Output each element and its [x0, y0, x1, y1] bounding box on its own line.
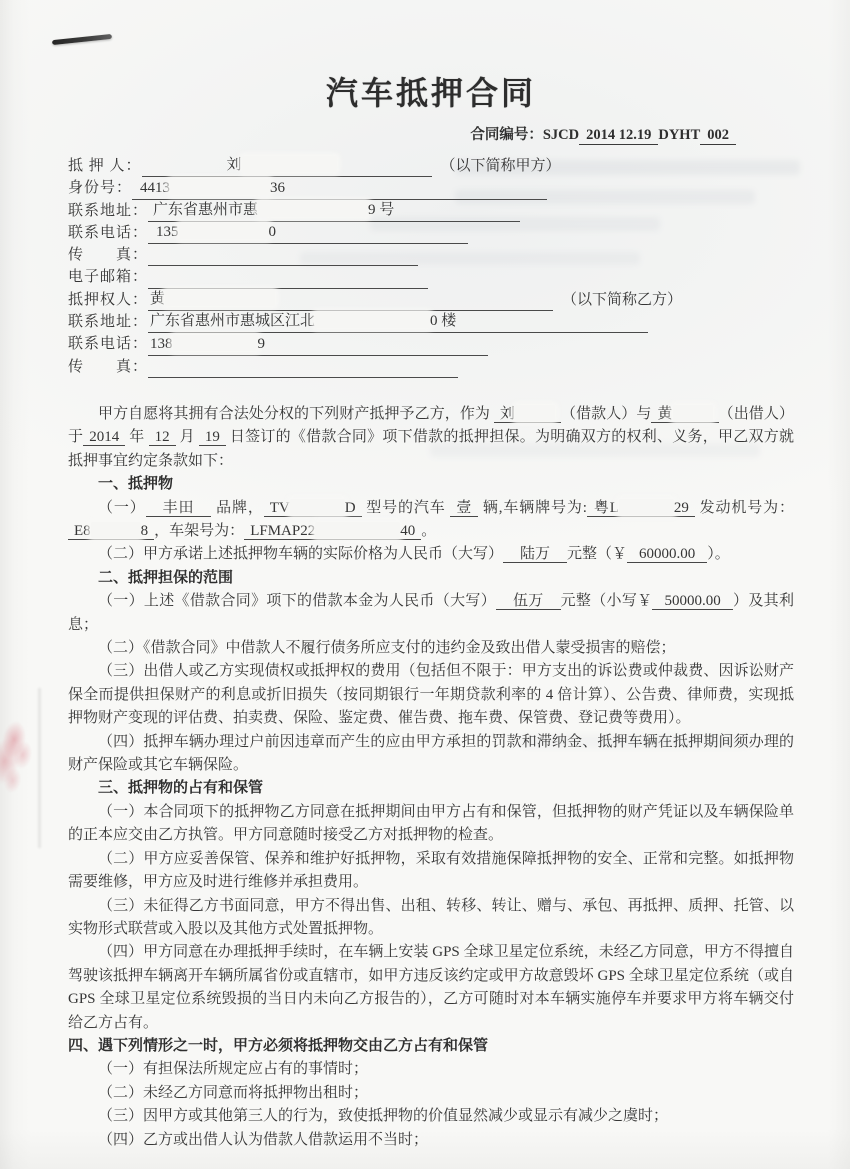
item-text: （一） [98, 500, 146, 516]
lender-name: 黄 [657, 406, 672, 422]
phone1-label: 联系电话： [68, 222, 148, 244]
mortgagee-value: 黄 [148, 291, 165, 307]
phone2-part1: 138 [148, 336, 173, 352]
address2-part1: 广东省惠州市惠城区江北 [148, 313, 315, 329]
document-title: 汽车抵押合同 [68, 72, 794, 114]
sign-month-value: 12 [149, 429, 176, 446]
mortgagor-label: 抵 押 人： [68, 155, 142, 177]
sign-year-value: 2014 [83, 429, 125, 446]
id-number-part1: 4413 [132, 180, 170, 196]
section1-item2: （二）甲方承诺上述抵押物车辆的实际价格为人民币（大写）陆万元整（￥60000.0… [68, 543, 794, 566]
section4-item4: （四）乙方或出借人认为借款人借款运用不当时； [68, 1129, 794, 1152]
redaction-box [673, 405, 713, 421]
item-text: 元整（小写￥ [561, 593, 653, 609]
document-content: 汽车抵押合同 合同编号：SJCD2014 12.19DYHT002 抵 押 人：… [68, 0, 794, 1152]
engine-part1: E8 [74, 523, 91, 539]
intro-text: 年 [129, 429, 144, 445]
form-line-mortgagee: 抵押权人：黄（以下简称乙方） [68, 289, 794, 311]
item-text: （一）上述《借款合同》项下的借款本金为人民币（大写） [98, 593, 496, 609]
redaction-box [515, 405, 555, 421]
item-text: 发动机号为： [700, 500, 794, 516]
vehicle-model-value: TVD [264, 500, 362, 517]
email-label: 电子邮箱： [68, 266, 148, 288]
form-line-address2: 联系地址：广东省惠州市惠城区江北0 楼 [68, 311, 794, 333]
address2-label: 联系地址： [68, 311, 148, 333]
form-line-phone2: 联系电话：1389 [68, 333, 794, 355]
borrower-name-value: 刘 [494, 406, 561, 423]
redaction-box [242, 156, 337, 172]
vin-value: LFMAP2240 [244, 523, 421, 540]
section1-heading: 一、抵押物 [68, 473, 794, 496]
item-text: 型号的汽车 [366, 500, 445, 516]
scanned-contract-page: 汽车抵押合同 合同编号：SJCD2014 12.19DYHT002 抵 押 人：… [0, 0, 850, 1169]
lender-name-value: 黄 [651, 406, 718, 423]
parties-form: 抵 押 人：刘（以下简称甲方） 身份号：441336 联系地址：广东省惠州市惠9… [68, 155, 794, 378]
phone1-field: 1350 [148, 222, 468, 244]
vehicle-brand-value: 丰田 [146, 500, 212, 517]
section3-item4: （四）甲方同意在办理抵押手续时，在车辆上安装 GPS 全球卫星定位系统，未经乙方… [68, 941, 794, 1035]
vehicle-qty-value: 壹 [450, 500, 478, 517]
vin-part2: 40 [400, 523, 415, 539]
section4-item3: （三）因甲方或其他第三人的行为，致使抵押物的价值显然减少或显示有减少之虞时； [68, 1105, 794, 1128]
mortgagee-label: 抵押权人： [68, 289, 148, 311]
item-text: ）。 [707, 546, 730, 562]
item-text: 元整（￥ [567, 546, 627, 562]
form-line-email: 电子邮箱： [68, 266, 794, 288]
intro-text: 月 [180, 429, 195, 445]
item-text: 。 [421, 523, 436, 539]
address1-part2: 9 号 [368, 202, 394, 218]
address1-label: 联系地址： [68, 200, 148, 222]
intro-paragraph: 甲方自愿将其拥有合法处分权的下列财产抵押予乙方，作为 刘（借款人）与黄（出借人）… [68, 403, 794, 473]
fax1-label: 传 真： [68, 244, 148, 266]
loan-principal-cn-value: 伍万 [496, 593, 561, 610]
section2-heading: 二、抵押担保的范围 [68, 567, 794, 590]
section3-item2: （二）甲方应妥善保管、保养和维护好抵押物，采取有效措施保障抵押物的安全、正常和完… [68, 848, 794, 895]
address2-part2: 0 楼 [430, 313, 456, 329]
contract-number-code: DYHT [658, 127, 700, 143]
address1-part1: 广东省惠州市惠 [148, 202, 258, 218]
section4-item1: （一）有担保法所规定应占有的事情时； [68, 1058, 794, 1081]
form-line-phone1: 联系电话：1350 [68, 222, 794, 244]
phone2-part2: 9 [258, 336, 266, 352]
phone1-part2: 0 [269, 224, 277, 240]
id-number-label: 身份号： [68, 177, 132, 199]
intro-text: 日签订的《借款合同》项下借款的抵押担保。为明确双方的权利、义务，甲乙双方就抵押事… [68, 429, 794, 468]
redaction-box [315, 312, 430, 328]
item-text: ，车架号为： [154, 523, 244, 539]
fax1-field [148, 244, 418, 266]
phone2-label: 联系电话： [68, 333, 148, 355]
section2-item1: （一）上述《借款合同》项下的借款本金为人民币（大写）伍万元整（小写￥50000.… [68, 590, 794, 637]
red-fingerprint-stamp [0, 704, 54, 808]
section1-item1: （一）丰田 品牌，TVD 型号的汽车 壹 辆,车辆牌号为:粤L29 发动机号为：… [68, 497, 794, 544]
redaction-box [91, 522, 141, 538]
engine-number-value: E88 [68, 523, 154, 540]
phone1-part1: 135 [148, 224, 179, 240]
redaction-box [165, 290, 275, 306]
form-line-fax1: 传 真： [68, 244, 794, 266]
mortgagor-value-field: 刘 [142, 155, 432, 177]
sign-day-value: 19 [199, 429, 226, 446]
item-text: （二）甲方承诺上述抵押物车辆的实际价格为人民币（大写） [98, 546, 503, 562]
id-number-field: 441336 [132, 178, 547, 200]
contract-number-label: 合同编号：SJCD [470, 127, 579, 143]
vehicle-price-num-value: 60000.00 [627, 546, 707, 563]
plate-part1: 粤L [593, 500, 619, 516]
contract-number-date: 2014 12.19 [579, 127, 658, 145]
intro-text: 甲方自愿将其拥有合法处分权的下列财产抵押予乙方，作为 [98, 406, 490, 422]
plate-part2: 29 [674, 500, 689, 516]
address2-field: 广东省惠州市惠城区江北0 楼 [148, 311, 648, 333]
redaction-box [619, 499, 674, 515]
vehicle-price-cn-value: 陆万 [503, 546, 567, 563]
redaction-box [258, 201, 368, 217]
redaction-box [315, 522, 400, 538]
section2-item3: （三）出借人或乙方实现债权或抵押权的费用（包括但不限于：甲方支出的诉讼费或仲裁费… [68, 660, 794, 730]
mortgagor-value: 刘 [142, 157, 242, 173]
loan-principal-num-value: 50000.00 [652, 593, 732, 610]
intro-text: （借款人）与 [561, 406, 652, 422]
section3-item1: （一）本合同项下的抵押物乙方同意在抵押期间由甲方占有和保管，但抵押物的财产凭证以… [68, 801, 794, 848]
vin-part1: LFMAP22 [250, 523, 315, 539]
form-line-mortgagor: 抵 押 人：刘（以下简称甲方） [68, 155, 794, 177]
fax2-field [148, 356, 458, 378]
mortgagee-alias: （以下简称乙方） [562, 292, 682, 308]
mortgagor-alias: （以下简称甲方） [441, 158, 561, 174]
address1-field: 广东省惠州市惠9 号 [148, 200, 520, 222]
redaction-box [173, 335, 258, 351]
section3-item3: （三）未征得乙方书面同意，甲方不得出售、出租、转移、转让、赠与、承包、再抵押、质… [68, 895, 794, 942]
fax2-label: 传 真： [68, 356, 148, 378]
redaction-box [170, 179, 270, 195]
redaction-box [290, 499, 345, 515]
contract-number-line: 合同编号：SJCD2014 12.19DYHT002 [68, 124, 736, 146]
borrower-name: 刘 [500, 406, 515, 422]
form-line-address1: 联系地址：广东省惠州市惠9 号 [68, 200, 794, 222]
model-part2: D [345, 500, 356, 516]
form-line-id-number: 身份号：441336 [68, 177, 794, 199]
contract-number-serial: 002 [700, 127, 736, 145]
section2-item2: （二）《借款合同》中借款人不履行债务所应支付的违约金及致出借人蒙受损害的赔偿； [68, 637, 794, 660]
item-text: 品牌， [216, 500, 264, 516]
section4-item2: （二）未经乙方同意而将抵押物出租时； [68, 1082, 794, 1105]
section3-heading: 三、抵押物的占有和保管 [68, 777, 794, 800]
model-part1: TV [270, 500, 290, 516]
engine-part2: 8 [141, 523, 149, 539]
redaction-box [179, 223, 269, 239]
email-field [148, 267, 428, 289]
phone2-field: 1389 [148, 334, 488, 356]
section4-heading: 四、遇下列情形之一时，甲方必须将抵押物交由乙方占有和保管 [68, 1035, 794, 1058]
form-line-fax2: 传 真： [68, 356, 794, 378]
item-text: 辆,车辆牌号为: [483, 500, 587, 516]
plate-number-value: 粤L29 [587, 500, 695, 517]
mortgagee-value-field: 黄 [148, 289, 553, 311]
contract-body: 甲方自愿将其拥有合法处分权的下列财产抵押予乙方，作为 刘（借款人）与黄（出借人）… [68, 403, 794, 1152]
section2-item4: （四）抵押车辆办理过户前因违章而产生的应由甲方承担的罚款和滞纳金、抵押车辆在抵押… [68, 731, 794, 778]
id-number-part2: 36 [270, 180, 285, 196]
